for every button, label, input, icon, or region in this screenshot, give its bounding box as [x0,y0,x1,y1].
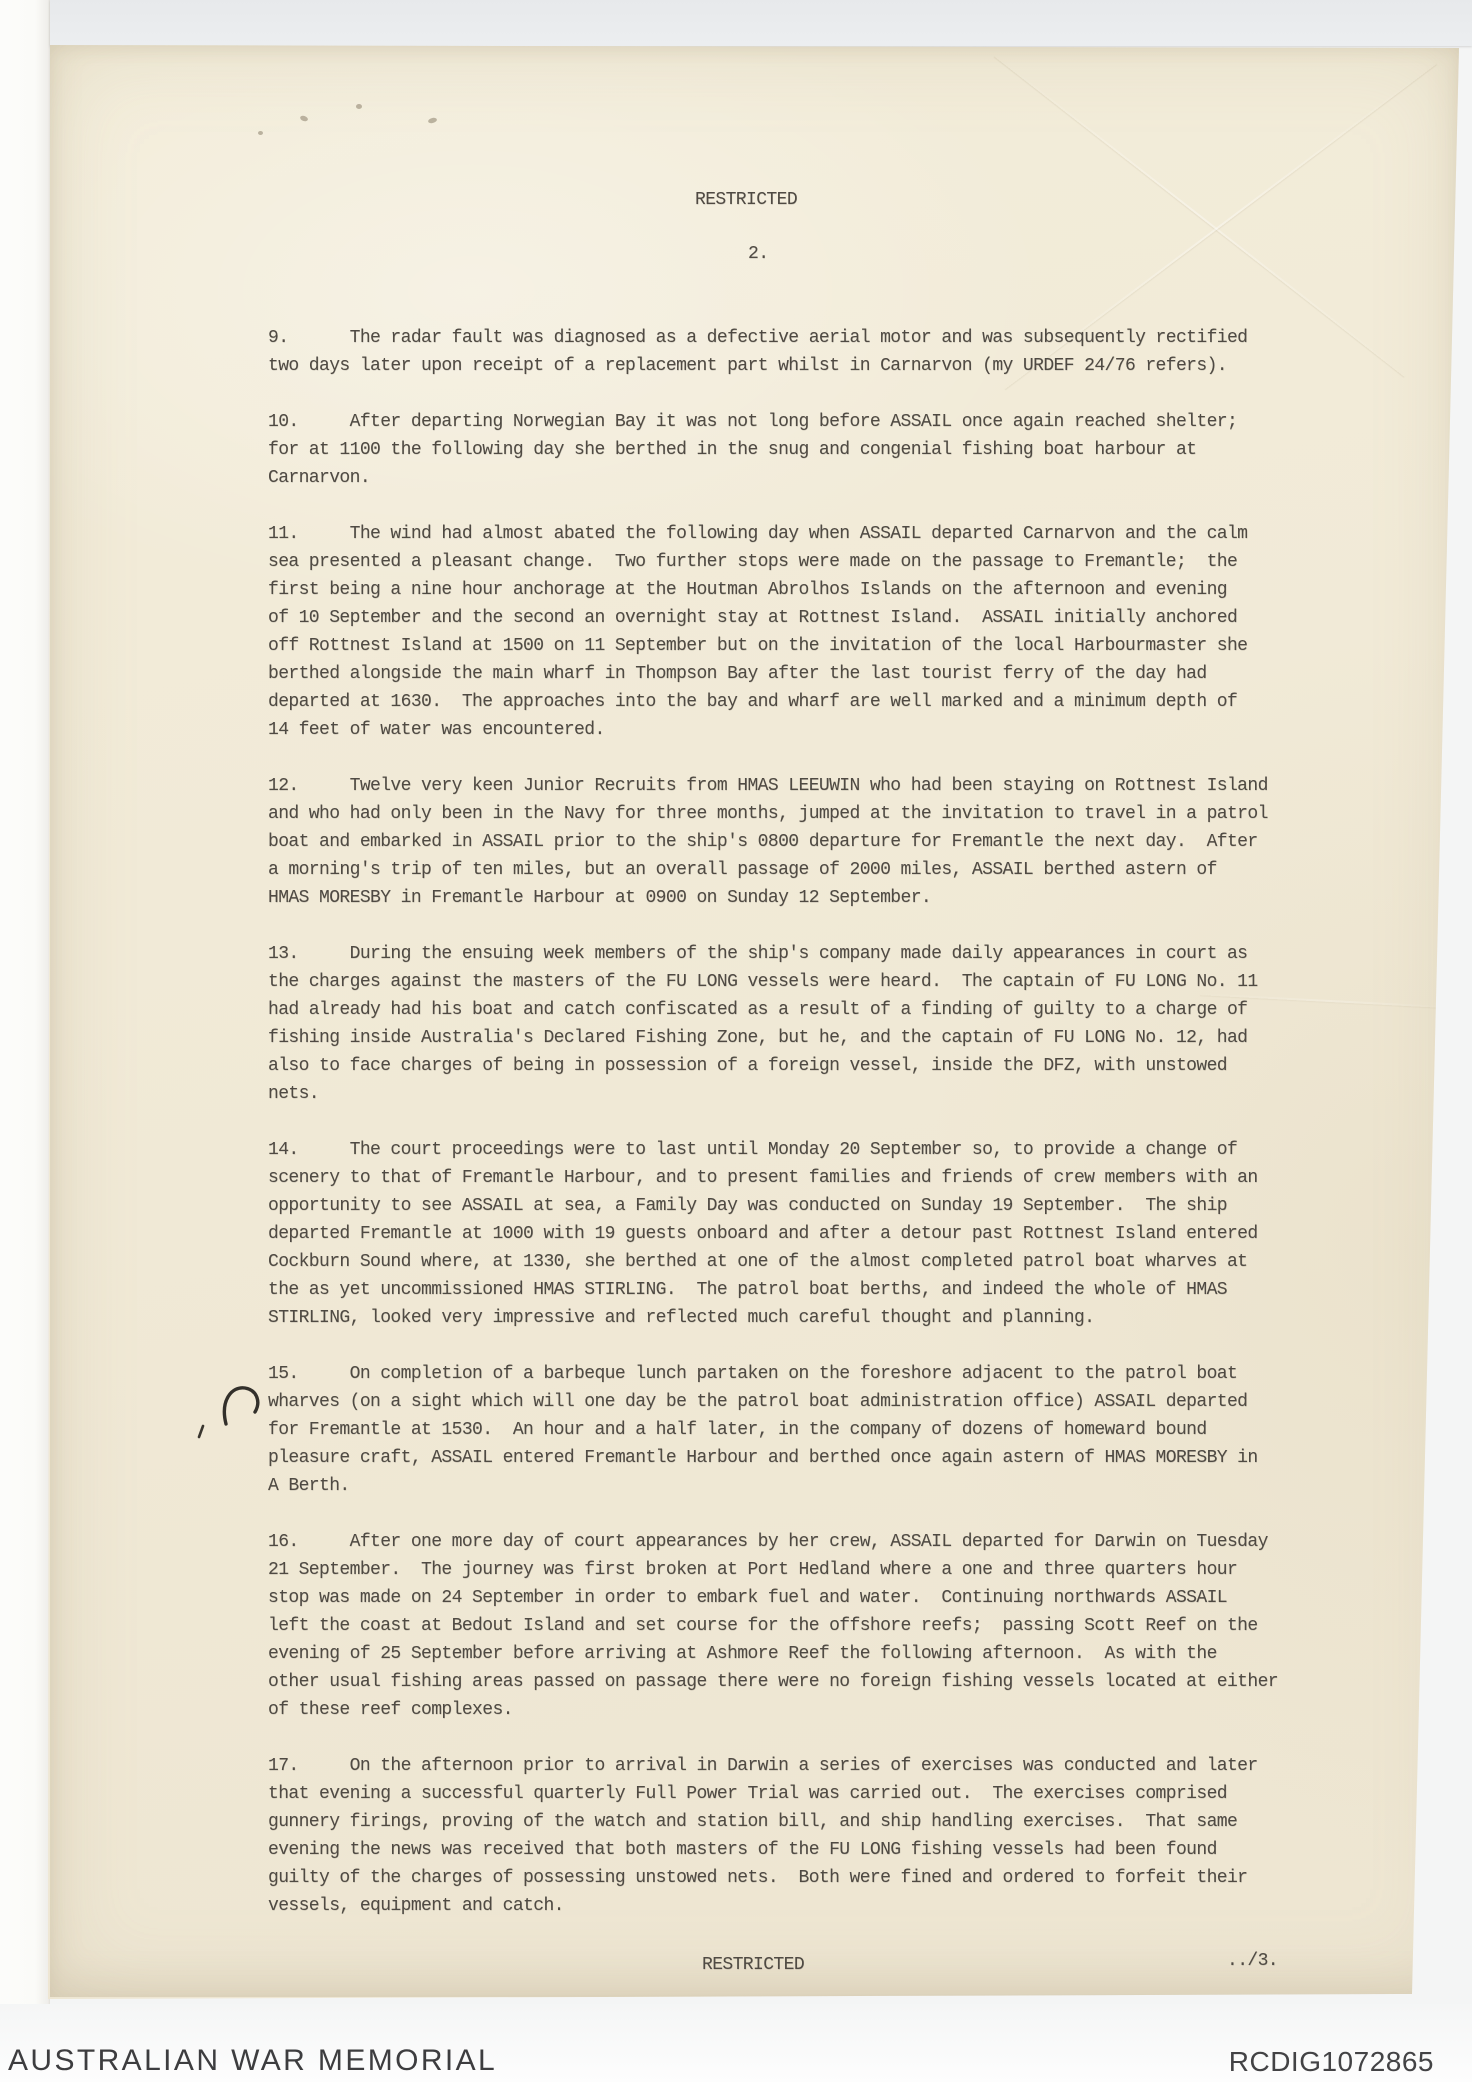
scanned-document-page: RESTRICTED 2. 9. The radar fault was dia… [0,0,1472,2082]
paper-speck [356,104,362,109]
paper-speck [258,131,263,135]
paragraph-16: 16. After one more day of court appearan… [268,1528,1348,1724]
paragraph-17: 17. On the afternoon prior to arrival in… [268,1752,1348,1920]
paragraph-13: 13. During the ensuing week members of t… [268,940,1348,1108]
archive-reference-id: RCDIG1072865 [1229,2046,1434,2078]
page-number: 2. [748,240,768,268]
archive-source-label: AUSTRALIAN WAR MEMORIAL [8,2044,497,2078]
paragraph-15: 15. On completion of a barbeque lunch pa… [268,1360,1348,1500]
classification-footer: RESTRICTED [702,1951,804,1979]
paragraph-11: 11. The wind had almost abated the follo… [268,520,1348,744]
paragraph-9: 9. The radar fault was diagnosed as a de… [268,324,1348,380]
classification-header: RESTRICTED [695,186,797,214]
paragraph-10: 10. After departing Norwegian Bay it was… [268,408,1348,492]
handwritten-pen-mark [218,1380,266,1432]
document-body: 9. The radar fault was diagnosed as a de… [268,324,1348,1948]
handwritten-pen-tick [196,1424,206,1440]
page-continuation-mark: ../3. [1227,1947,1278,1975]
paragraph-14: 14. The court proceedings were to last u… [268,1136,1348,1332]
scan-top-margin [50,0,1472,46]
scan-left-margin [0,0,50,2004]
paragraph-12: 12. Twelve very keen Junior Recruits fro… [268,772,1348,912]
